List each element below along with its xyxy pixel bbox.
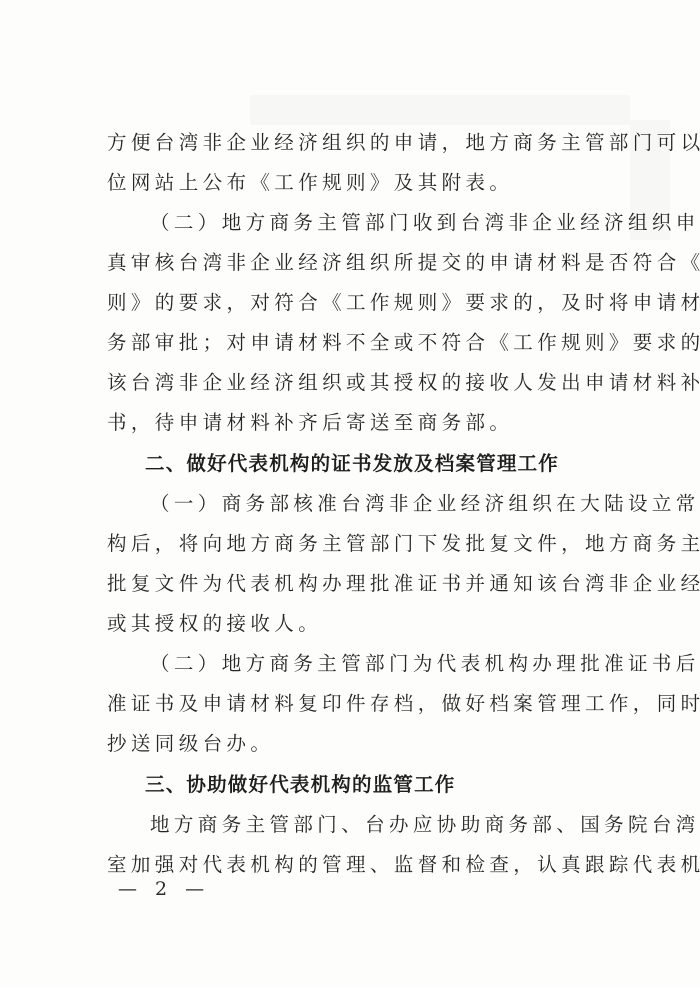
document-page: 方便台湾非企业经济组织的申请，地方商务主管部门可以在本单 位网站上公布《工作规则… [0,0,700,988]
body-line: 则》的要求，对符合《工作规则》要求的，及时将申请材料寄送至商 [107,288,617,318]
paragraph-start-line: （一）商务部核准台湾非企业经济组织在大陆设立常驻代表机 [150,489,660,519]
body-line: 位网站上公布《工作规则》及其附表。 [107,168,617,198]
body-line: 该台湾非企业经济组织或其授权的接收人发出申请材料补正通知 [107,368,617,398]
body-line: 批复文件为代表机构办理批准证书并通知该台湾非企业经济组织 [107,569,617,599]
paragraph-start-line: （二）地方商务主管部门收到台湾非企业经济组织申请后，认 [150,208,660,238]
body-line: 抄送同级台办。 [107,729,617,759]
body-line: 准证书及申请材料复印件存档，做好档案管理工作，同时将复印件 [107,689,617,719]
section-heading-3: 三、协助做好代表机构的监管工作 [145,770,655,800]
body-line: 方便台湾非企业经济组织的申请，地方商务主管部门可以在本单 [107,128,617,158]
body-line: 或其授权的接收人。 [107,609,617,639]
paragraph-start-line: （二）地方商务主管部门为代表机构办理批准证书后，应将批 [150,649,660,679]
paragraph-start-line: 地方商务主管部门、台办应协助商务部、国务院台湾事务办公 [150,810,660,840]
bleed-through-mark [250,95,630,125]
body-line: 构后，将向地方商务主管部门下发批复文件，地方商务主管部门凭 [107,529,617,559]
body-line: 书，待申请材料补齐后寄送至商务部。 [107,408,617,438]
section-heading-2: 二、做好代表机构的证书发放及档案管理工作 [145,449,655,479]
body-line: 真审核台湾非企业经济组织所提交的申请材料是否符合《工作规 [107,248,617,278]
body-line: 务部审批；对申请材料不全或不符合《工作规则》要求的，应及时向 [107,328,617,358]
page-number: — 2 — [118,874,210,904]
